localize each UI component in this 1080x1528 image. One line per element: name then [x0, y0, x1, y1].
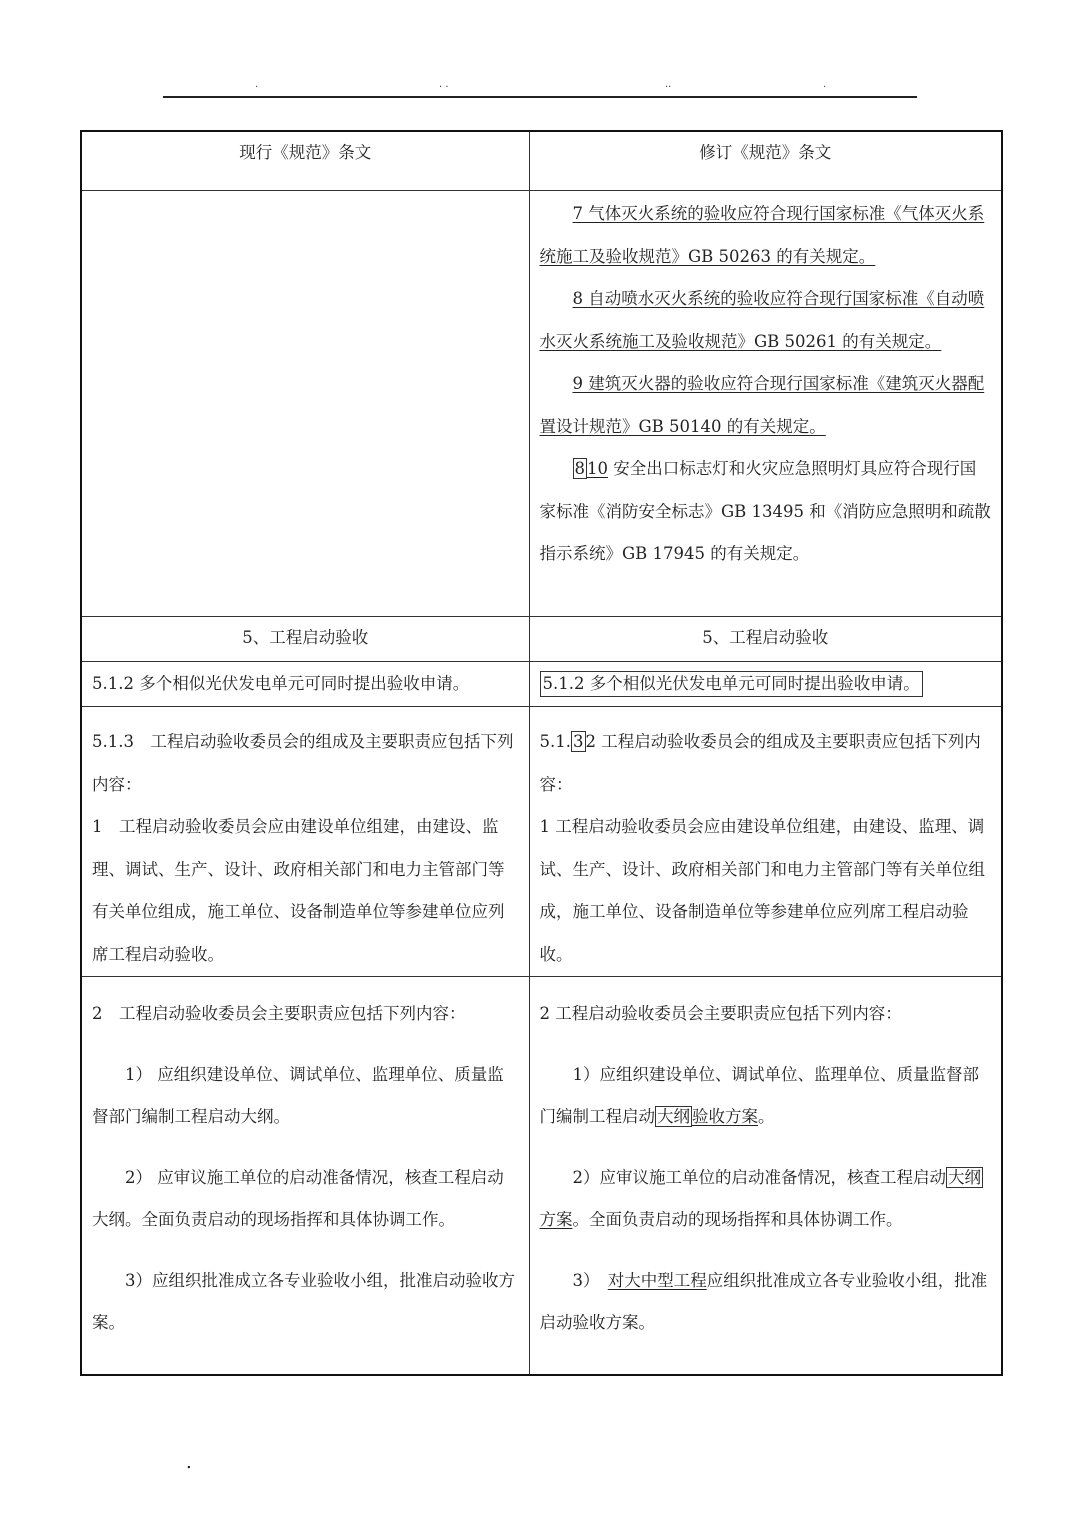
- table-row-5-1-2: 5.1.2 多个相似光伏发电单元可同时提出验收申请。 5.1.2 多个相似光伏发…: [81, 662, 1002, 707]
- inserted-text: 对大中型工程: [608, 1271, 707, 1290]
- cell-current-duties: 2 工程启动验收委员会主要职责应包括下列内容： 1） 应组织建设单位、调试单位、…: [81, 977, 529, 1375]
- table-row-fire-items: 7 气体灭火系统的验收应符合现行国家标准《气体灭火系统施工及验收规范》GB 50…: [81, 191, 1002, 617]
- clause-title-rest: 工程启动验收委员会的组成及主要职责应包括下列内容：: [540, 732, 981, 794]
- cell-current-5-1-3: 5.1.3 工程启动验收委员会的组成及主要职责应包括下列内容： 1 工程启动验收…: [81, 707, 529, 977]
- header-dot: . .: [439, 80, 449, 90]
- duties-intro: 2 工程启动验收委员会主要职责应包括下列内容：: [92, 993, 519, 1036]
- inserted-item-9: 9 建筑灭火器的验收应符合现行国家标准《建筑灭火器配置设计规范》GB 50140…: [540, 374, 985, 436]
- duty-3: 3）应组织批准成立各专业验收小组，批准启动验收方案。: [92, 1260, 519, 1345]
- cell-revised-5-1-2: 5.1.2 多个相似光伏发电单元可同时提出验收申请。: [529, 662, 1002, 707]
- header-current: 现行《规范》条文: [81, 131, 529, 191]
- duty-2-end: 。全面负责启动的现场指挥和具体协调工作。: [573, 1210, 903, 1229]
- header-dot: .: [255, 80, 258, 90]
- table-header-row: 现行《规范》条文 修订《规范》条文: [81, 131, 1002, 191]
- section-revised: 5、工程启动验收: [529, 617, 1002, 662]
- table-row-5-1-3: 5.1.3 工程启动验收委员会的组成及主要职责应包括下列内容： 1 工程启动验收…: [81, 707, 1002, 977]
- item-10-text: 安全出口标志灯和火灾应急照明灯具应符合现行国家标准《消防安全标志》GB 1349…: [540, 459, 991, 563]
- duty-1: 1） 应组织建设单位、调试单位、监理单位、质量监督部门编制工程启动大纲。: [92, 1054, 519, 1139]
- deleted-number: 8: [573, 458, 588, 479]
- cell-current-5-1-2: 5.1.2 多个相似光伏发电单元可同时提出验收申请。: [81, 662, 529, 707]
- deleted-text: 大纲: [946, 1167, 983, 1188]
- duty-1-end: 。: [758, 1107, 775, 1126]
- page-header-dots: . . . .. .: [163, 80, 917, 92]
- inserted-text: 验收方案: [692, 1107, 758, 1126]
- page-footer-dot: .: [186, 1452, 192, 1473]
- inserted-item-8: 8 自动喷水灭火系统的验收应符合现行国家标准《自动喷水灭火系统施工及验收规范》G…: [540, 289, 985, 351]
- cell-revised-duties: 2 工程启动验收委员会主要职责应包括下列内容： 1）应组织建设单位、调试单位、监…: [529, 977, 1002, 1375]
- cell-revised-fire-items: 7 气体灭火系统的验收应符合现行国家标准《气体灭火系统施工及验收规范》GB 50…: [529, 191, 1002, 617]
- inserted-text: 方案: [540, 1210, 573, 1229]
- cell-current-empty: [81, 191, 529, 617]
- deleted-text: 大纲: [655, 1106, 692, 1127]
- clause-prefix: 5.1.: [540, 732, 572, 751]
- deleted-clause-5-1-2: 5.1.2 多个相似光伏发电单元可同时提出验收申请。: [540, 671, 923, 697]
- header-revised: 修订《规范》条文: [529, 131, 1002, 191]
- header-rule: [163, 96, 917, 98]
- table-row-duties: 2 工程启动验收委员会主要职责应包括下列内容： 1） 应组织建设单位、调试单位、…: [81, 977, 1002, 1375]
- inserted-number: 10: [587, 459, 608, 478]
- comparison-table: 现行《规范》条文 修订《规范》条文 7 气体灭火系统的验收应符合现行国家标准《气…: [80, 130, 1003, 1376]
- duty-2: 2） 应审议施工单位的启动准备情况，核查工程启动大纲。全面负责启动的现场指挥和具…: [92, 1157, 519, 1242]
- duty-2-text: 2）应审议施工单位的启动准备情况，核查工程启动: [573, 1168, 947, 1187]
- section-current: 5、工程启动验收: [81, 617, 529, 662]
- header-dot: .: [823, 80, 826, 90]
- section-row: 5、工程启动验收 5、工程启动验收: [81, 617, 1002, 662]
- cell-revised-5-1-3: 5.1.32 工程启动验收委员会的组成及主要职责应包括下列内容： 1 工程启动验…: [529, 707, 1002, 977]
- deleted-digit: 3: [571, 731, 586, 752]
- clause-title: 5.1.3 工程启动验收委员会的组成及主要职责应包括下列内容：: [92, 721, 519, 806]
- duties-intro: 2 工程启动验收委员会主要职责应包括下列内容：: [540, 993, 992, 1036]
- inserted-digit: 2: [586, 732, 597, 751]
- clause-item-1: 1 工程启动验收委员会应由建设单位组建，由建设、监理、调试、生产、设计、政府相关…: [92, 806, 519, 976]
- duty-3-number: 3）: [573, 1271, 608, 1290]
- header-dot: ..: [665, 80, 671, 90]
- clause-item-1: 1 工程启动验收委员会应由建设单位组建，由建设、监理、调试、生产、设计、政府相关…: [540, 806, 992, 976]
- inserted-item-7: 7 气体灭火系统的验收应符合现行国家标准《气体灭火系统施工及验收规范》GB 50…: [540, 204, 985, 266]
